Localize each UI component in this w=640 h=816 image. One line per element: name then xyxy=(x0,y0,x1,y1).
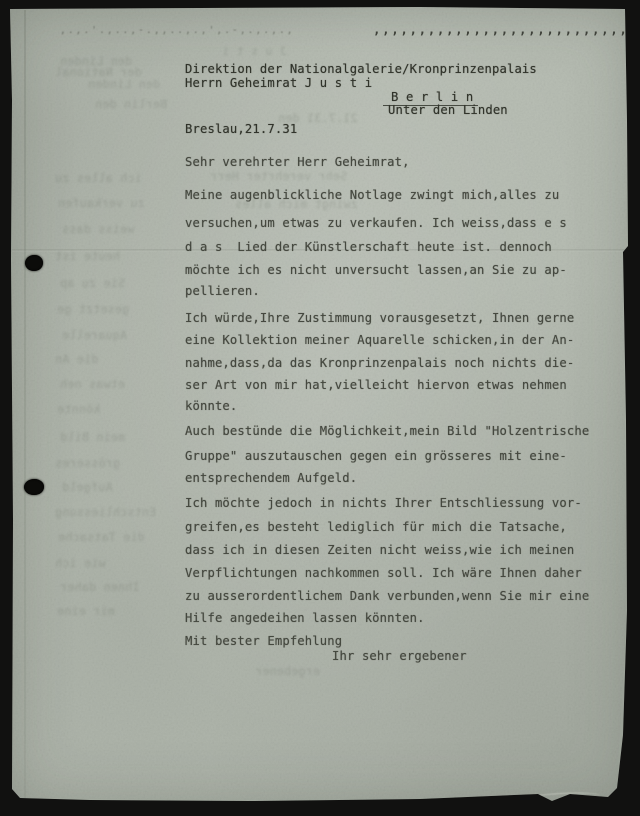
ghost-line: weiss dass xyxy=(62,223,134,235)
recipient-street: Unter den Linden xyxy=(388,104,508,117)
ghost-line: ich alles zu xyxy=(55,172,142,184)
closing: Mit bester Empfehlung xyxy=(185,635,342,648)
typed-line: möchte ich es nicht unversucht lassen,an… xyxy=(185,264,567,277)
typed-line: eine Kollektion meiner Aquarelle schicke… xyxy=(185,334,574,347)
typed-line: könnte. xyxy=(185,400,237,413)
ghost-line: Ihnen daher xyxy=(60,581,139,593)
typed-line: nahme,dass,da das Kronprinzenpalais noch… xyxy=(185,357,574,370)
ghost-line: Aquarelle xyxy=(62,329,127,341)
ghost-line: wie ich xyxy=(55,557,106,569)
ghost-line: Berlin den xyxy=(95,98,167,110)
punch-hole-top xyxy=(25,255,43,271)
recipient-name: Herrn Geheimrat J u s t i xyxy=(185,77,372,90)
paper-edge-shadow xyxy=(24,10,26,798)
typed-line: Hilfe angedeihen lassen könnten. xyxy=(185,612,425,625)
ghost-line: Entschliessung xyxy=(55,506,156,518)
typed-line: Meine augenblickliche Notlage zwingt mic… xyxy=(185,189,559,202)
typed-line: versuchen,um etwas zu verkaufen. Ich wei… xyxy=(185,217,567,230)
typed-line: ser Art von mir hat,vielleicht hiervon e… xyxy=(185,379,567,392)
punch-hole-bottom xyxy=(24,479,44,495)
ghost-line: die An xyxy=(55,353,98,365)
ghost-line: den Linden xyxy=(88,78,160,90)
typed-line: dass ich in diesen Zeiten nicht weiss,wi… xyxy=(185,544,574,557)
ghost-line: mir eine xyxy=(57,605,115,617)
perforation-row-right: ,,,,,,,,,,,,,,,,,,,,,,,,,,,,, xyxy=(373,22,638,37)
typed-line: greifen,es besteht lediglich für mich di… xyxy=(185,521,567,534)
perforation-row-left: ,.,.'.,..,-.,,..,.,',.-,.,.,., xyxy=(60,25,295,36)
ghost-line: grösseres xyxy=(55,457,120,469)
typed-line: d a s Lied der Künstlerschaft heute ist.… xyxy=(185,241,552,254)
ghost-line: die Tatsache xyxy=(58,531,145,543)
ghost-line: Sehr verehrter Herr xyxy=(210,170,347,182)
ghost-line: ergebener xyxy=(255,665,320,677)
ghost-line: Sie zu ap xyxy=(60,277,125,289)
salutation: Sehr verehrter Herr Geheimrat, xyxy=(185,156,410,169)
typed-line: pellieren. xyxy=(185,285,260,298)
letter-paper: ,.,.'.,..,-.,,..,.,',.-,.,.,., ,,,,,,,,,… xyxy=(0,0,640,816)
typed-line: Gruppe" auszutauschen gegen ein grössere… xyxy=(185,450,567,463)
ghost-line: zu verkaufen xyxy=(58,197,145,209)
typed-line: Auch bestünde die Möglichkeit,mein Bild … xyxy=(185,425,589,438)
paper-curl-edge xyxy=(522,791,600,804)
typed-line: Verpflichtungen nachkommen soll. Ich wär… xyxy=(185,567,582,580)
ghost-line: Aufgeld xyxy=(62,481,113,493)
recipient-institution: Direktion der Nationalgalerie/Kronprinze… xyxy=(185,63,537,76)
typed-line: Ich würde,Ihre Zustimmung vorausgesetzt,… xyxy=(185,312,574,325)
typed-line: Ich möchte jedoch in nichts Ihrer Entsch… xyxy=(185,497,582,510)
ghost-line: heute ist xyxy=(55,250,120,262)
ghost-line: könnte xyxy=(57,403,100,415)
ghost-line: etwas neh xyxy=(60,378,125,390)
signature-line: Ihr sehr ergebener xyxy=(332,650,467,663)
place-and-date: Breslau,21.7.31 xyxy=(185,123,297,136)
typed-line: zu ausserordentlichem Dank verbunden,wen… xyxy=(185,590,589,603)
ghost-line: J u s t i xyxy=(222,45,287,57)
scan-background: ,.,.'.,..,-.,,..,.,',.-,.,.,., ,,,,,,,,,… xyxy=(0,0,640,816)
ghost-line: gesetzt ge xyxy=(57,303,129,315)
typed-line: entsprechendem Aufgeld. xyxy=(185,472,357,485)
ghost-line: mein Bild xyxy=(60,431,125,443)
